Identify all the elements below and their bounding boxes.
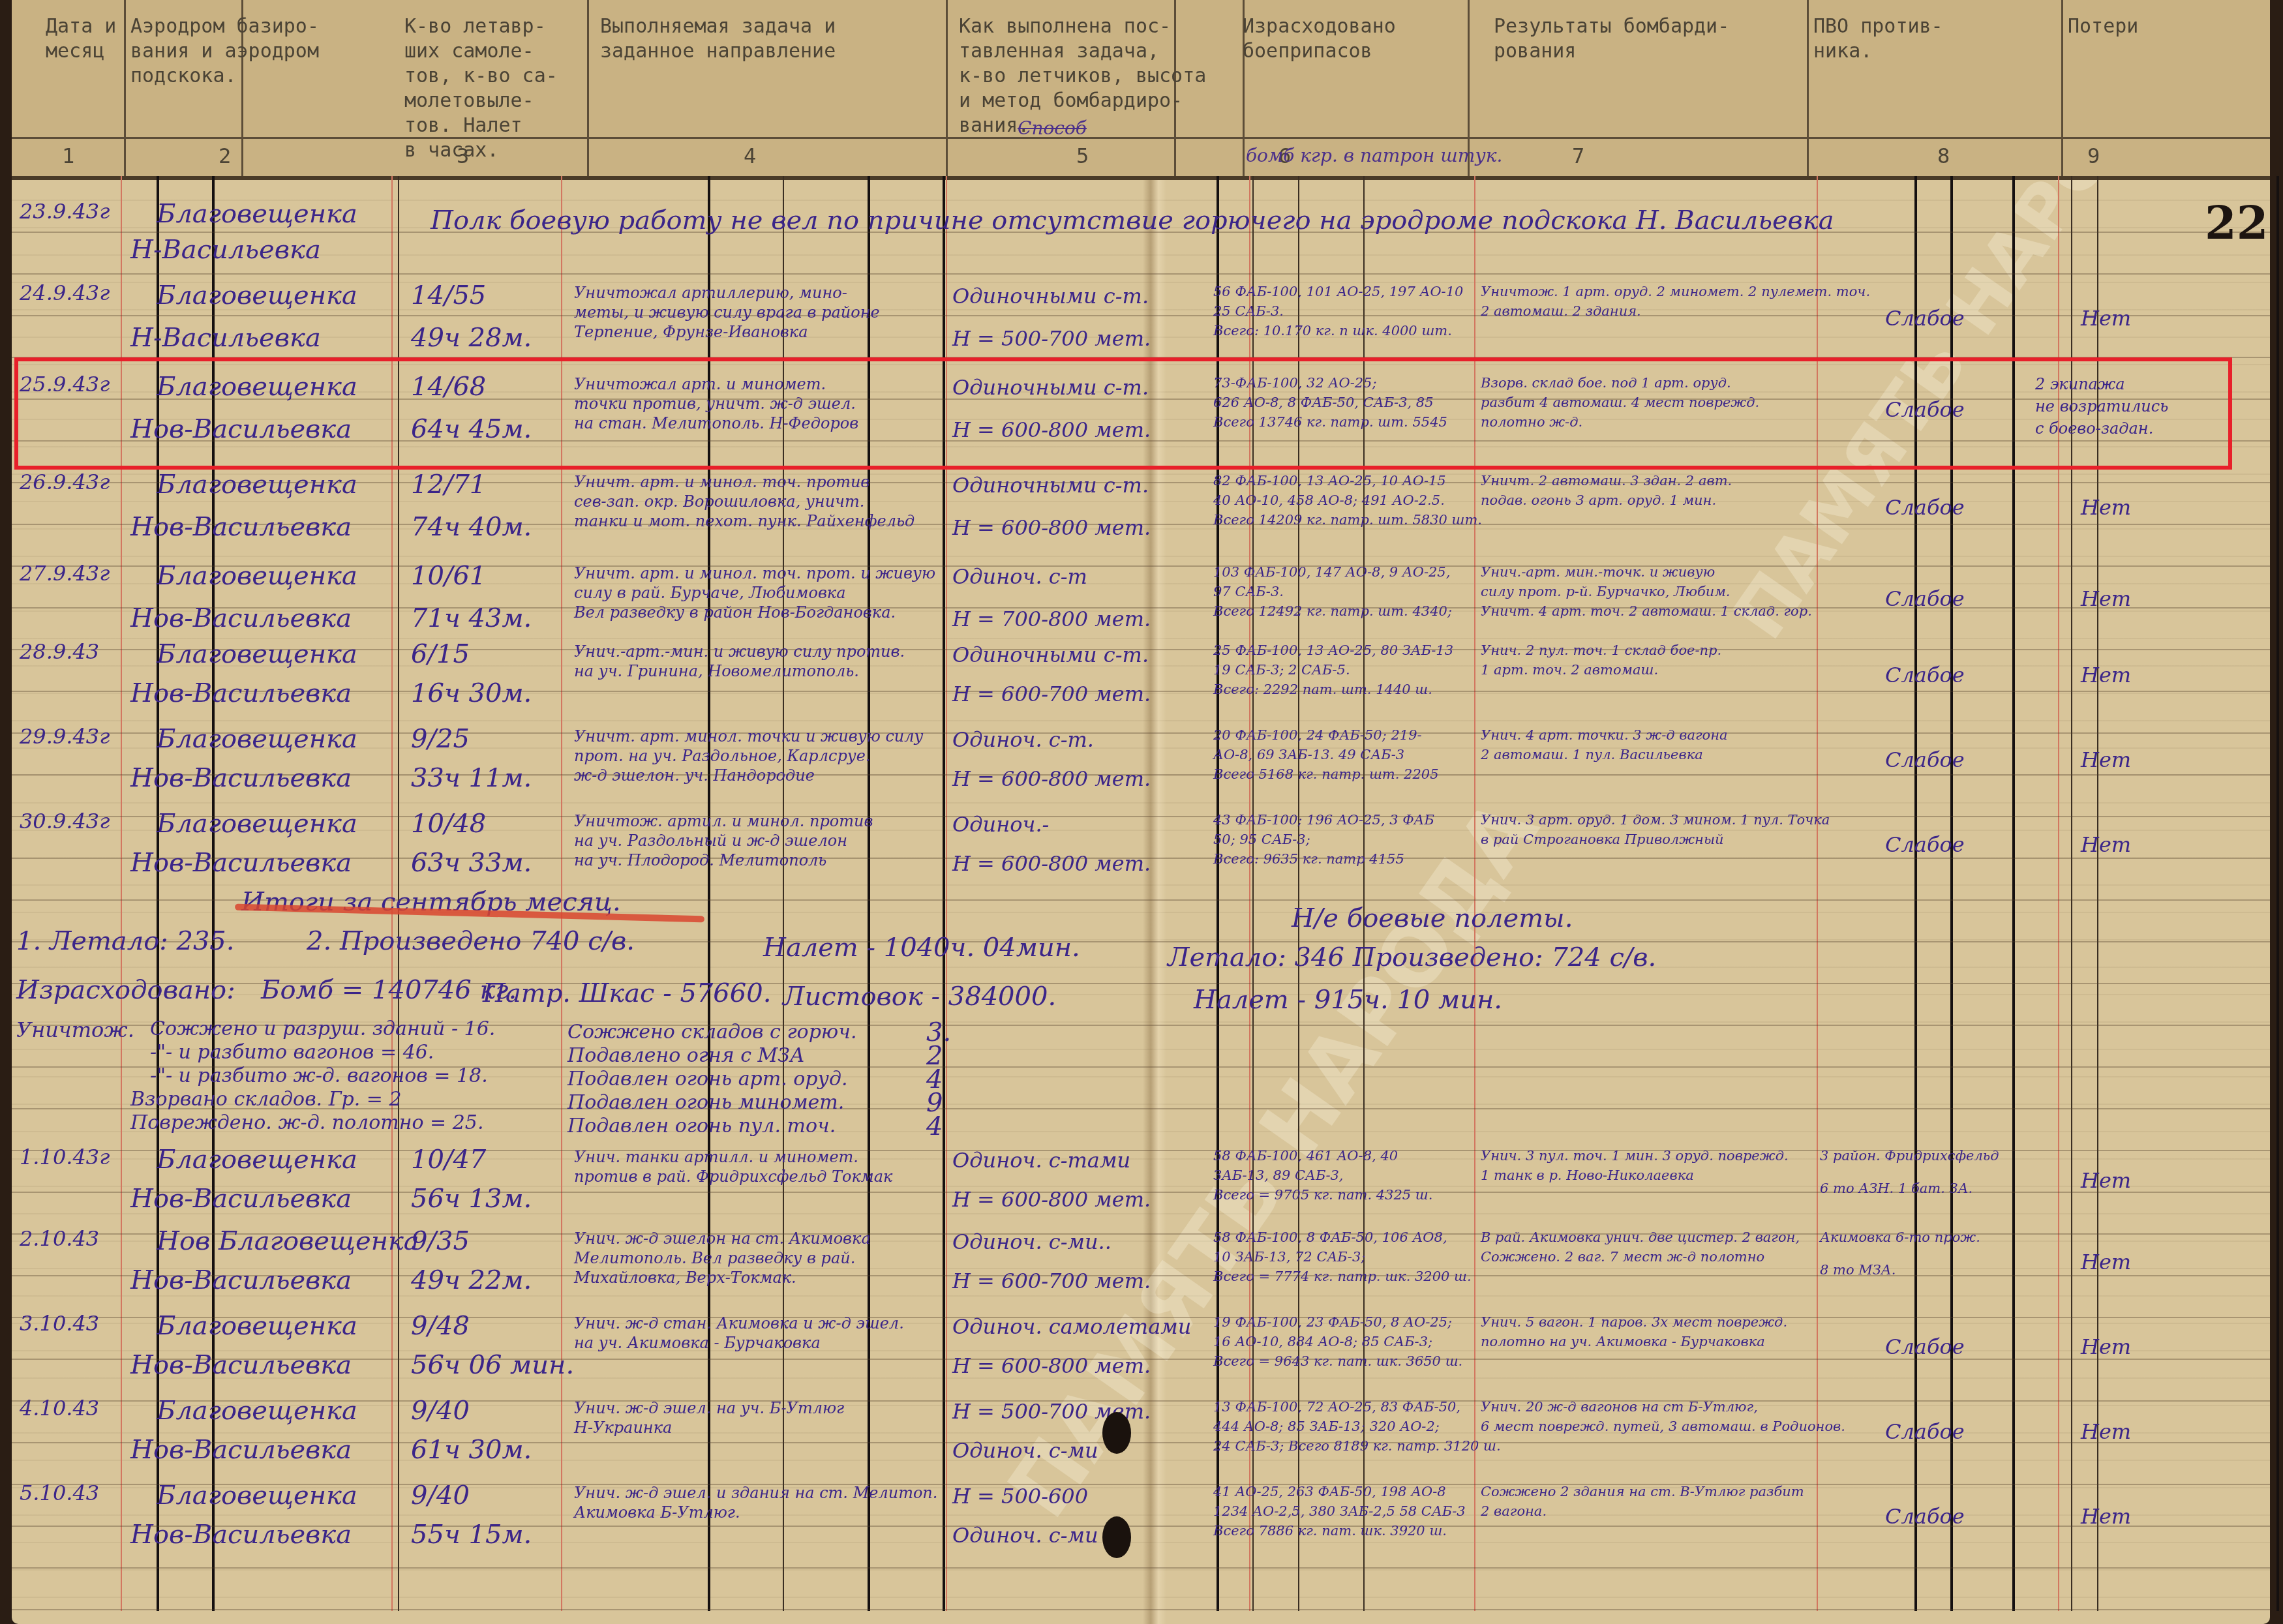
method-text: Н = 500-600 <box>952 1484 1088 1509</box>
results-text: 1 арт. точ. 2 автомаш. <box>1481 662 1658 678</box>
flight-time: 71ч 43м. <box>411 603 532 633</box>
header-column-number: 3 <box>457 143 469 168</box>
suppressed-item-label: Подавлено огня с МЗА <box>567 1044 805 1067</box>
suppressed-item-label: Подавлен огонь пул. точ. <box>567 1115 836 1137</box>
task-text: на уч. Плодород. Мелитополь <box>574 851 826 869</box>
ammo-text: 24 САБ-3; Всего 8189 кг. патр. 3120 ш. <box>1213 1438 1501 1454</box>
summary-flights: 1. Летало: 235. <box>16 926 235 956</box>
task-text: Унич. ж-д стан. Акимовка и ж-д эшел. <box>574 1314 904 1332</box>
results-text: Унич. 3 пул. точ. 1 мин. 3 оруд. поврежд… <box>1481 1148 1789 1164</box>
task-text: танки и мот. пехот. пунк. Райхенфельд <box>574 512 915 530</box>
summary-leaflets: Листовок - 384000. <box>783 982 1056 1012</box>
entry-date: 2.10.43 <box>20 1226 99 1251</box>
entry-date: 4.10.43 <box>20 1396 99 1421</box>
ammo-text: 1234 АО-2,5, 380 ЗАБ-2,5 58 САБ-3 <box>1213 1503 1466 1519</box>
entry-date: 29.9.43г <box>20 724 110 749</box>
flight-time: 49ч 22м. <box>411 1265 532 1295</box>
aa-text: 8 то МЗА. <box>1820 1262 1896 1278</box>
header-column-number: 8 <box>1937 143 1950 168</box>
task-text: на уч. Раздольный и ж-д эшелон <box>574 832 847 850</box>
method-text: Одиноч. самолетами <box>952 1314 1191 1339</box>
destroyed-item: -"- и разбито ж-д. вагонов = 18. <box>150 1064 488 1087</box>
ammo-text: Всего 14209 кг. патр. шт. 5830 шт. <box>1213 512 1482 528</box>
aa-text: 6 то АЗН. 1 бат. ЗА. <box>1820 1180 1973 1196</box>
task-text: Унич.-арт.-мин. и живую силу против. <box>574 642 905 661</box>
task-text: против в рай. Фридрихсфельд Токмак <box>574 1167 892 1186</box>
results-text: 2 автомаш. 2 здания. <box>1481 303 1641 319</box>
results-text: Унич. 5 вагон. 1 паров. 3х мест поврежд. <box>1481 1314 1787 1330</box>
task-text: Унич. ж-д эшел. на уч. Б-Утлюг <box>574 1399 844 1417</box>
flight-time: 56ч 13м. <box>411 1184 532 1214</box>
ammo-text: 58 ФАБ-100, 461 АО-8, 40 <box>1213 1148 1398 1164</box>
summary-flight-time: Налет - 1040ч. 04мин. <box>763 933 1080 963</box>
page-number: 22 <box>2205 196 2268 250</box>
sorties-count: 10/48 <box>411 809 486 839</box>
suppressed-item-label: Сожжено складов с горюч. <box>567 1021 856 1044</box>
ammo-text: 444 АО-8; 85 ЗАБ-13; 320 АО-2; <box>1213 1419 1440 1434</box>
col5-note: Способ <box>1018 117 1087 139</box>
header-column-number: 9 <box>2087 143 2100 168</box>
losses-text: Нет <box>2081 1250 2131 1274</box>
task-text: Вел разведку в район Нов-Богдановка. <box>574 603 896 622</box>
method-text: Одиноч. с-ми.. <box>952 1229 1111 1254</box>
binding-hole <box>1102 1516 1131 1558</box>
header-column-3: К-во летавр- ших самоле- тов, к-во са- м… <box>404 14 558 163</box>
airfield-base: Благовещенка <box>157 809 357 839</box>
flight-time: 61ч 30м. <box>411 1435 532 1465</box>
results-text: 2 автомаш. 1 пул. Васильевка <box>1481 747 1703 762</box>
entry-date: 24.9.43г <box>20 280 110 305</box>
task-text: Акимовка Б-Утлюг. <box>574 1503 740 1522</box>
ammo-text: АО-8, 69 ЗАБ-13. 49 САБ-3 <box>1213 747 1404 762</box>
aa-text: Акимовка 6-то прож. <box>1820 1229 1980 1245</box>
results-text: Уничтож. 1 арт. оруд. 2 миномет. 2 пулем… <box>1481 284 1870 299</box>
airfield-forward: Нов-Васильевка <box>130 1184 352 1214</box>
method-text: Н = 600-800 мет. <box>952 851 1151 876</box>
flight-time: 33ч 11м. <box>411 763 532 793</box>
method-text: Н = 500-700 мет. <box>952 326 1151 351</box>
header-column-number: 1 <box>62 143 74 168</box>
task-text: Уничт. арт. и минол. точ. прот. и живую <box>574 564 935 582</box>
header-column-number: 7 <box>1572 143 1584 168</box>
aa-text: Слабое <box>1885 832 1965 857</box>
ammo-text: 16 АО-10, 884 АО-8; 85 САБ-3; <box>1213 1334 1432 1349</box>
ammo-text: Всего 7886 кг. пат. шк. 3920 ш. <box>1213 1523 1447 1539</box>
destroyed-item: Взорвано складов. Гр. = 2 <box>130 1088 402 1111</box>
aa-text: 3 район. Фридрихсфельд <box>1820 1148 1999 1164</box>
method-text: Одиноч. с-тами <box>952 1148 1130 1173</box>
losses-text: Нет <box>2081 495 2131 520</box>
losses-text: Нет <box>2081 1334 2131 1359</box>
ammo-text: 19 ФАБ-100, 23 ФАБ-50, 8 АО-25; <box>1213 1314 1452 1330</box>
header-column-divider <box>946 0 948 176</box>
binding-hole <box>1102 1412 1131 1454</box>
sorties-count: 6/15 <box>411 639 470 669</box>
ammo-text: 20 ФАБ-100, 24 ФАБ-50; 219- <box>1213 727 1422 743</box>
task-text: ж-д эшелон. уч. Пандородие <box>574 766 815 785</box>
ammo-text: 56 ФАБ-100, 101 АО-25, 197 АО-10 <box>1213 284 1463 299</box>
header-column-2: Аэродром базиро- вания и аэродром подско… <box>130 14 319 89</box>
results-text: Унич. 3 арт. оруд. 1 дом. 3 мином. 1 пул… <box>1481 812 1830 828</box>
header-column-divider <box>587 0 589 176</box>
task-text: Мелитополь. Вел разведку в рай. <box>574 1249 855 1267</box>
task-text: прот. на уч. Раздольное, Карлсруе. <box>574 747 871 765</box>
method-text: Н = 700-800 мет. <box>952 607 1151 631</box>
airfield-forward: Нов-Васильевка <box>130 1350 352 1380</box>
method-text: Н = 600-800 мет. <box>952 1353 1151 1378</box>
entry-date: 30.9.43г <box>20 809 110 834</box>
aa-text: Слабое <box>1885 1504 1965 1529</box>
ammo-text: 41 АО-25, 263 ФАБ-50, 198 АО-8 <box>1213 1484 1446 1499</box>
combat-note: Н/е боевые полеты. <box>1292 903 1573 933</box>
airfield-forward: Нов-Васильевка <box>130 1520 352 1550</box>
flight-time: 55ч 15м. <box>411 1520 532 1550</box>
results-text: Сожжено 2 здания на ст. В-Утлюг разбит <box>1481 1484 1804 1499</box>
method-text: Одиночными с-т. <box>952 642 1149 667</box>
airfield-base: Благовещенка <box>157 561 357 591</box>
ammo-text: Всего: 9635 кг. патр 4155 <box>1213 851 1404 867</box>
results-text: В рай. Акимовка унич. две цистер. 2 ваго… <box>1481 1229 1800 1245</box>
results-text: Унич. 20 ж-д вагонов на ст Б-Утлюг, <box>1481 1399 1758 1415</box>
ammo-text: 97 САБ-3. <box>1213 584 1284 599</box>
losses-text: Нет <box>2081 586 2131 611</box>
airfield-forward: Нов-Васильевка <box>130 603 352 633</box>
aa-text: Слабое <box>1885 747 1965 772</box>
airfield-forward: Н-Васильевка <box>130 235 321 265</box>
task-text: сев-зап. окр. Ворошиловка, уничт. <box>574 492 864 511</box>
header-column-9: Потери <box>2068 14 2138 39</box>
airfield-base: Нов Благовещенка <box>157 1226 419 1256</box>
entry-date: 23.9.43г <box>20 199 110 224</box>
header-column-number: 2 <box>219 143 231 168</box>
suppressed-item-label: Подавлен огонь миномет. <box>567 1091 844 1114</box>
aa-text: Слабое <box>1885 1334 1965 1359</box>
suppressed-item-label: Подавлен огонь арт. оруд. <box>567 1068 847 1090</box>
task-text: силу в рай. Бурчаче, Любимовка <box>574 584 845 602</box>
task-text: Уничт. арт. и минол. точ. против <box>574 473 869 491</box>
summary-cartridges: Патр. Шкас - 57660. <box>483 978 771 1008</box>
airfield-forward: Нов-Васильевка <box>130 848 352 878</box>
ammo-text: ЗАБ-13, 89 САБ-3, <box>1213 1167 1344 1183</box>
header-column-1: Дата и месяц <box>46 14 116 64</box>
airfield-base: Благовещенка <box>157 1396 357 1426</box>
aa-text: Слабое <box>1885 663 1965 687</box>
airfield-base: Благовещенка <box>157 1145 357 1175</box>
ammo-text: 50; 95 САБ-3; <box>1213 832 1310 847</box>
task-text: Унич. танки артилл. и миномет. <box>574 1148 858 1166</box>
losses-text: Нет <box>2081 832 2131 857</box>
sorties-count: 9/40 <box>411 1481 470 1511</box>
sorties-count: 10/61 <box>411 561 486 591</box>
results-text: Уничт. 2 автомаш. 3 здан. 2 авт. <box>1481 473 1732 489</box>
method-text: Н = 600-800 мет. <box>952 1187 1151 1212</box>
task-text: Н-Украинка <box>574 1419 672 1437</box>
results-text: 1 танк в р. Ново-Николаевка <box>1481 1167 1694 1183</box>
header-column-divider <box>1807 0 1809 176</box>
flight-time: 74ч 40м. <box>411 512 532 542</box>
entry-date: 27.9.43г <box>20 561 110 586</box>
results-text: Унич. 2 пул. точ. 1 склад бое-пр. <box>1481 642 1721 658</box>
results-text: Уничт. 4 арт. точ. 2 автомаш. 1 склад. г… <box>1481 603 1812 619</box>
task-text: на уч. Акимовка - Бурчаковка <box>574 1334 821 1352</box>
losses-text: Нет <box>2081 306 2131 331</box>
task-text: Михайловка, Верх-Токмак. <box>574 1269 796 1287</box>
airfield-forward: Нов-Васильевка <box>130 763 352 793</box>
ammo-text: 43 ФАБ-100; 196 АО-25, 3 ФАБ <box>1213 812 1434 828</box>
entry-note: Полк боевую работу не вел по причине отс… <box>431 205 1834 235</box>
ammo-text: Всего: 2292 пат. шт. 1440 ш. <box>1213 682 1432 697</box>
entry-date: 26.9.43г <box>20 470 110 494</box>
method-text: Н = 600-800 мет. <box>952 515 1151 540</box>
losses-text: Нет <box>2081 663 2131 687</box>
summary-expended-label: Израсходовано: <box>16 975 235 1005</box>
sorties-count: 9/40 <box>411 1396 470 1426</box>
ammo-text: 58 ФАБ-100, 8 ФАБ-50, 106 АО8, <box>1213 1229 1447 1245</box>
flight-time: 56ч 06 мин. <box>411 1350 574 1380</box>
suppressed-item-value: 4 <box>926 1111 943 1141</box>
losses-text: Нет <box>2081 747 2131 772</box>
method-text: Одиночными с-т. <box>952 284 1149 308</box>
results-text: подав. огонь 3 арт. оруд. 1 мин. <box>1481 492 1716 508</box>
task-text: на уч. Гринина, Новомелитополь. <box>574 662 859 680</box>
right-summary-2: Налет - 915ч. 10 мин. <box>1194 985 1502 1015</box>
method-text: Одиноч. с-т. <box>952 727 1094 752</box>
entry-date: 1.10.43г <box>20 1145 110 1169</box>
ammo-text: 82 ФАБ-100, 13 АО-25, 10 АО-15 <box>1213 473 1446 489</box>
airfield-forward: Нов-Васильевка <box>130 1435 352 1465</box>
column-rule <box>2276 176 2279 1611</box>
flight-time: 63ч 33м. <box>411 848 532 878</box>
results-text: в рай Строгановка Приволжный <box>1481 832 1724 847</box>
aa-text: Слабое <box>1885 495 1965 520</box>
ammo-text: Всего 5168 кг. патр. шт. 2205 <box>1213 766 1439 782</box>
highlighted-entry-box <box>14 357 2232 470</box>
entry-date: 28.9.43 <box>20 639 99 664</box>
sorties-count: 12/71 <box>411 470 486 500</box>
airfield-base: Благовещенка <box>157 724 357 754</box>
method-text: Н = 600-700 мет. <box>952 1269 1151 1293</box>
right-summary-1: Летало: 346 Произведено: 724 с/в. <box>1168 942 1656 972</box>
task-text: Унич. ж-д эшелон на ст. Акимовка <box>574 1229 871 1248</box>
airfield-base: Благовещенка <box>157 1481 357 1511</box>
task-text: Уничт. арт. минол. точки и живую силу <box>574 727 924 745</box>
results-text: Унич.-арт. мин.-точк. и живую <box>1481 564 1715 580</box>
aa-text: Слабое <box>1885 586 1965 611</box>
ammo-text: 25 ФАБ-100, 13 АО-25, 80 ЗАБ-13 <box>1213 642 1453 658</box>
task-text: Унич. ж-д эшел. и здания на ст. Мелитоп. <box>574 1484 937 1502</box>
method-text: Н = 600-700 мет. <box>952 682 1151 706</box>
results-text: 2 вагона. <box>1481 1503 1547 1519</box>
header-column-6: Израсходовано боеприпасов <box>1243 14 1396 64</box>
method-text: Одиночными с-т. <box>952 473 1149 498</box>
entry-date: 5.10.43 <box>20 1481 99 1505</box>
airfield-forward: Нов-Васильевка <box>130 678 352 708</box>
sorties-count: 9/25 <box>411 724 470 754</box>
ammo-text: 25 САБ-3. <box>1213 303 1284 319</box>
ammo-text: 10 ЗАБ-13, 72 САБ-3; <box>1213 1249 1365 1265</box>
sorties-count: 10/47 <box>411 1145 486 1175</box>
destroyed-item: -"- и разбито вагонов = 46. <box>150 1041 434 1064</box>
summary-sorties: 2. Произведено 740 с/в. <box>307 926 635 956</box>
col6-note: бомб кгр. в патрон штук. <box>1246 145 1502 166</box>
airfield-base: Благовещенка <box>157 639 357 669</box>
sorties-count: 9/48 <box>411 1311 470 1341</box>
ruled-line <box>12 273 2270 275</box>
flight-time: 49ч 28м. <box>411 323 532 353</box>
method-text: Одиноч. с-ми <box>952 1438 1098 1463</box>
summary-destroyed-label: Уничтож. <box>16 1017 134 1042</box>
method-text: Одиноч.- <box>952 812 1049 837</box>
results-text: полотно на уч. Акимовка - Бурчаковка <box>1481 1334 1765 1349</box>
airfield-forward: Нов-Васильевка <box>130 1265 352 1295</box>
destroyed-item: Сожжено и разруш. зданий - 16. <box>150 1017 495 1040</box>
results-text: 6 мест поврежд. путей, 3 автомаш. в Роди… <box>1481 1419 1845 1434</box>
method-text: Одиноч. с-ми <box>952 1523 1098 1548</box>
ruled-line <box>12 1567 2270 1569</box>
losses-text: Нет <box>2081 1504 2131 1529</box>
ammo-text: Всего = 7774 кг. патр. шк. 3200 ш. <box>1213 1269 1472 1284</box>
results-text: силу прот. р-й. Бурчачко, Любим. <box>1481 584 1730 599</box>
sorties-count: 14/55 <box>411 280 486 310</box>
ammo-text: 13 ФАБ-100, 72 АО-25, 83 ФАБ-50, <box>1213 1399 1460 1415</box>
header-column-7: Результаты бомбарди- рования <box>1494 14 1729 64</box>
airfield-forward: Н-Васильевка <box>130 323 321 353</box>
results-text: Унич. 4 арт. точки. 3 ж-д вагона <box>1481 727 1728 743</box>
ammo-text: Всего = 9705 кг. пат. 4325 ш. <box>1213 1187 1432 1203</box>
airfield-base: Благовещенка <box>157 470 357 500</box>
task-text: Уничтожал артиллерию, мино- <box>574 284 847 302</box>
header-column-number: 4 <box>744 143 756 168</box>
ruled-line <box>12 1609 2270 1610</box>
ammo-text: 103 ФАБ-100, 147 АО-8, 9 АО-25, <box>1213 564 1450 580</box>
airfield-base: Благовещенка <box>157 1311 357 1341</box>
ammo-text: Всего: 10.170 кг. п шк. 4000 шт. <box>1213 323 1452 338</box>
task-text: Уничтож. артил. и минол. против <box>574 812 873 830</box>
airfield-base: Благовещенка <box>157 280 357 310</box>
airfield-forward: Нов-Васильевка <box>130 512 352 542</box>
header-column-8: ПВО против- ника. <box>1813 14 1943 64</box>
method-text: Одиноч. с-т <box>952 564 1087 589</box>
aa-text: Слабое <box>1885 1419 1965 1444</box>
ammo-text: Всего 12492 кг. патр. шт. 4340; <box>1213 603 1452 619</box>
task-text: меты, и живую силу врага в районе <box>574 303 880 322</box>
results-text: Сожжено. 2 ваг. 7 мест ж-д полотно <box>1481 1249 1764 1265</box>
header-column-number: 5 <box>1076 143 1089 168</box>
header-column-divider <box>2061 0 2063 176</box>
method-text: Н = 600-800 мет. <box>952 766 1151 791</box>
ammo-text: 40 АО-10, 458 АО-8; 491 АО-2.5. <box>1213 492 1445 508</box>
ammo-text: 19 САБ-3; 2 САБ-5. <box>1213 662 1350 678</box>
task-text: Терпение, Фрунзе-Ивановка <box>574 323 808 341</box>
losses-text: Нет <box>2081 1168 2131 1193</box>
flight-time: 16ч 30м. <box>411 678 532 708</box>
ammo-text: Всего = 9643 кг. пат. шк. 3650 ш. <box>1213 1353 1462 1369</box>
airfield-base: Благовещенка <box>157 199 357 229</box>
aa-text: Слабое <box>1885 306 1965 331</box>
sorties-count: 9/35 <box>411 1226 470 1256</box>
entry-date: 3.10.43 <box>20 1311 99 1336</box>
summary-bombs: Бомб = 140746 кг. <box>261 975 517 1005</box>
header-column-divider <box>124 0 126 176</box>
destroyed-item: Повреждено. ж-д. полотно = 25. <box>130 1111 483 1134</box>
losses-text: Нет <box>2081 1419 2131 1444</box>
header-column-4: Выполняемая задача и заданное направлени… <box>600 14 836 64</box>
